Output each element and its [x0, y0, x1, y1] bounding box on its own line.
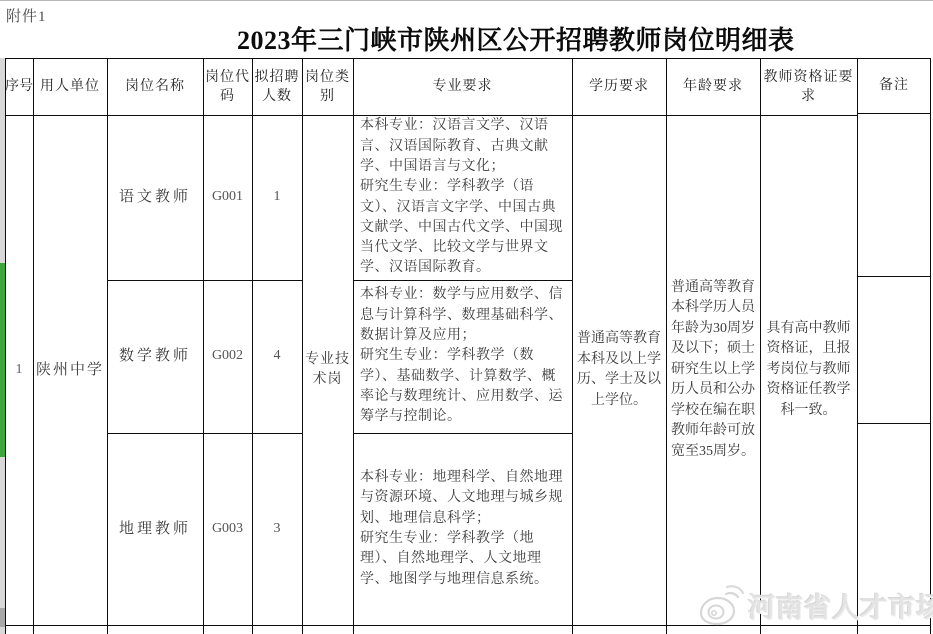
position-name-cell: 语文教师	[107, 115, 203, 280]
grid-line	[857, 276, 931, 277]
major-requirement-cell: 本科专业：汉语言文学、汉语言、汉语国际教育、古典文献学、中国语言与文化； 研究生…	[353, 115, 572, 280]
employer-cell: 陕州中学	[33, 115, 107, 625]
education-requirement-cell: 普通高等教育本科及以上学历、学士及以上学位。	[572, 115, 666, 625]
grid-line	[930, 58, 931, 634]
grid-line	[857, 423, 931, 424]
certificate-requirement-cell: 具有高中教师资格证，且报考岗位与教师资格证任教学科一致。	[760, 115, 857, 625]
header-remark: 备注	[857, 58, 931, 113]
position-code-cell: G001	[203, 115, 252, 280]
page-title: 2023年三门峡市陕州区公开招聘教师岗位明细表	[237, 20, 767, 57]
position-code-cell: G003	[203, 433, 252, 625]
recruitment-table: 序号 用人单位 岗位名称 岗位代码 拟招聘人数 岗位类别 专业要求 学历要求 年…	[5, 58, 931, 634]
header-employer: 用人单位	[33, 58, 107, 115]
weibo-icon	[698, 584, 744, 626]
document-page: 附件1 2023年三门峡市陕州区公开招聘教师岗位明细表 序号 用人单位 岗位名称	[0, 0, 933, 634]
position-code-cell: G002	[203, 280, 252, 433]
header-education-requirement: 学历要求	[572, 58, 666, 115]
major-requirement-cell: 本科专业：数学与应用数学、信息与计算科学、数理基础科学、数据计算及应用； 研究生…	[353, 280, 572, 433]
serial-cell: 1	[5, 115, 33, 625]
watermark-text: 河南省人才市场	[748, 586, 933, 625]
recruit-count-cell: 1	[252, 115, 302, 280]
position-category-cell: 专业技术岗	[302, 115, 353, 625]
attachment-label: 附件1	[6, 5, 47, 26]
header-serial: 序号	[5, 58, 33, 115]
grid-line	[857, 113, 931, 114]
header-position-category: 岗位类别	[302, 58, 353, 115]
recruit-count-cell: 4	[252, 280, 302, 433]
top-edge-line	[0, 0, 933, 1]
major-requirement-cell: 本科专业：地理科学、自然地理与资源环境、人文地理与城乡规划、地理信息科学； 研究…	[353, 433, 572, 625]
grid-line	[857, 58, 858, 634]
position-name-cell: 数学教师	[107, 280, 203, 433]
header-age-requirement: 年龄要求	[666, 58, 760, 115]
header-major-requirement: 专业要求	[353, 58, 572, 115]
header-position-code: 岗位代码	[203, 58, 252, 115]
watermark: 河南省人才市场	[698, 584, 933, 626]
header-recruit-count: 拟招聘人数	[252, 58, 302, 115]
header-certificate-requirement: 教师资格证要求	[760, 58, 857, 115]
recruit-count-cell: 3	[252, 433, 302, 625]
age-requirement-cell: 普通高等教育本科学历人员年龄为30周岁及以下；硕士研究生以上学历人员和公办学校在…	[666, 115, 760, 625]
position-name-cell: 地理教师	[107, 433, 203, 625]
header-position-name: 岗位名称	[107, 58, 203, 115]
